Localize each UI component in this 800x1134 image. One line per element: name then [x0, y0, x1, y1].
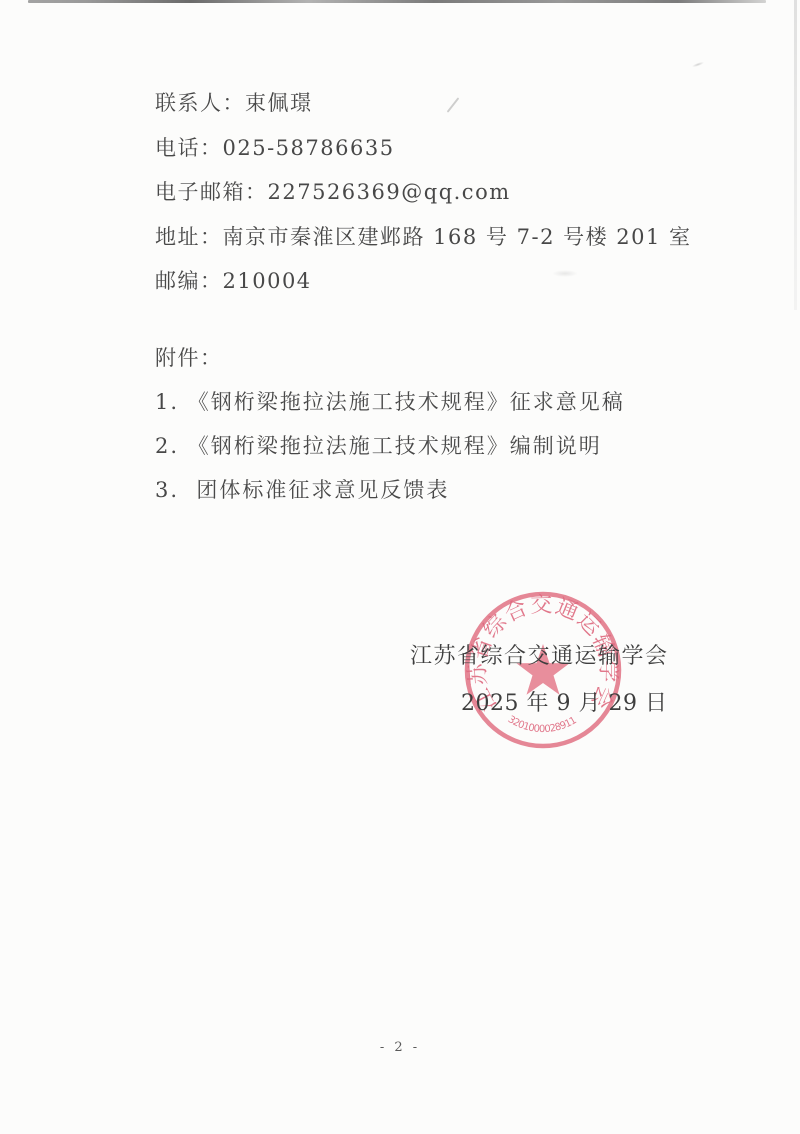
smudge-artifact [552, 270, 578, 277]
scan-edge-artifact-top [28, 0, 766, 3]
attachment-item: 1. 《钢桁梁拖拉法施工技术规程》征求意见稿 [155, 392, 625, 413]
signature-organization: 江苏省综合交通运输学会 [410, 639, 669, 670]
smudge-artifact [692, 61, 704, 68]
contact-email-line: 电子邮箱：227526369@qq.com [155, 182, 511, 203]
contact-phone-line: 电话：025-58786635 [155, 138, 395, 159]
contact-address-line: 地址：南京市秦淮区建邺路 168 号 7-2 号楼 201 室 [155, 227, 692, 248]
svg-text:3201000028911: 3201000028911 [506, 714, 579, 735]
scan-edge-artifact-right [794, 0, 797, 310]
pen-mark-artifact [447, 97, 460, 112]
attachment-item: 3. 团体标准征求意见反馈表 [155, 480, 449, 501]
attachment-item: 2. 《钢桁梁拖拉法施工技术规程》编制说明 [155, 436, 602, 457]
scanned-document-page: 联系人：束佩璟 电话：025-58786635 电子邮箱：227526369@q… [0, 0, 800, 1134]
attachments-heading: 附件： [155, 348, 223, 369]
page-number: - 2 - [0, 1040, 800, 1055]
contact-person-line: 联系人：束佩璟 [155, 93, 313, 114]
signature-date: 2025 年 9 月 29 日 [461, 686, 667, 717]
official-seal-stamp: 江苏省综合交通运输学会 3201000028911 [455, 582, 631, 758]
seal-registration-code: 3201000028911 [506, 714, 579, 735]
contact-postal-code-line: 邮编：210004 [155, 271, 312, 292]
